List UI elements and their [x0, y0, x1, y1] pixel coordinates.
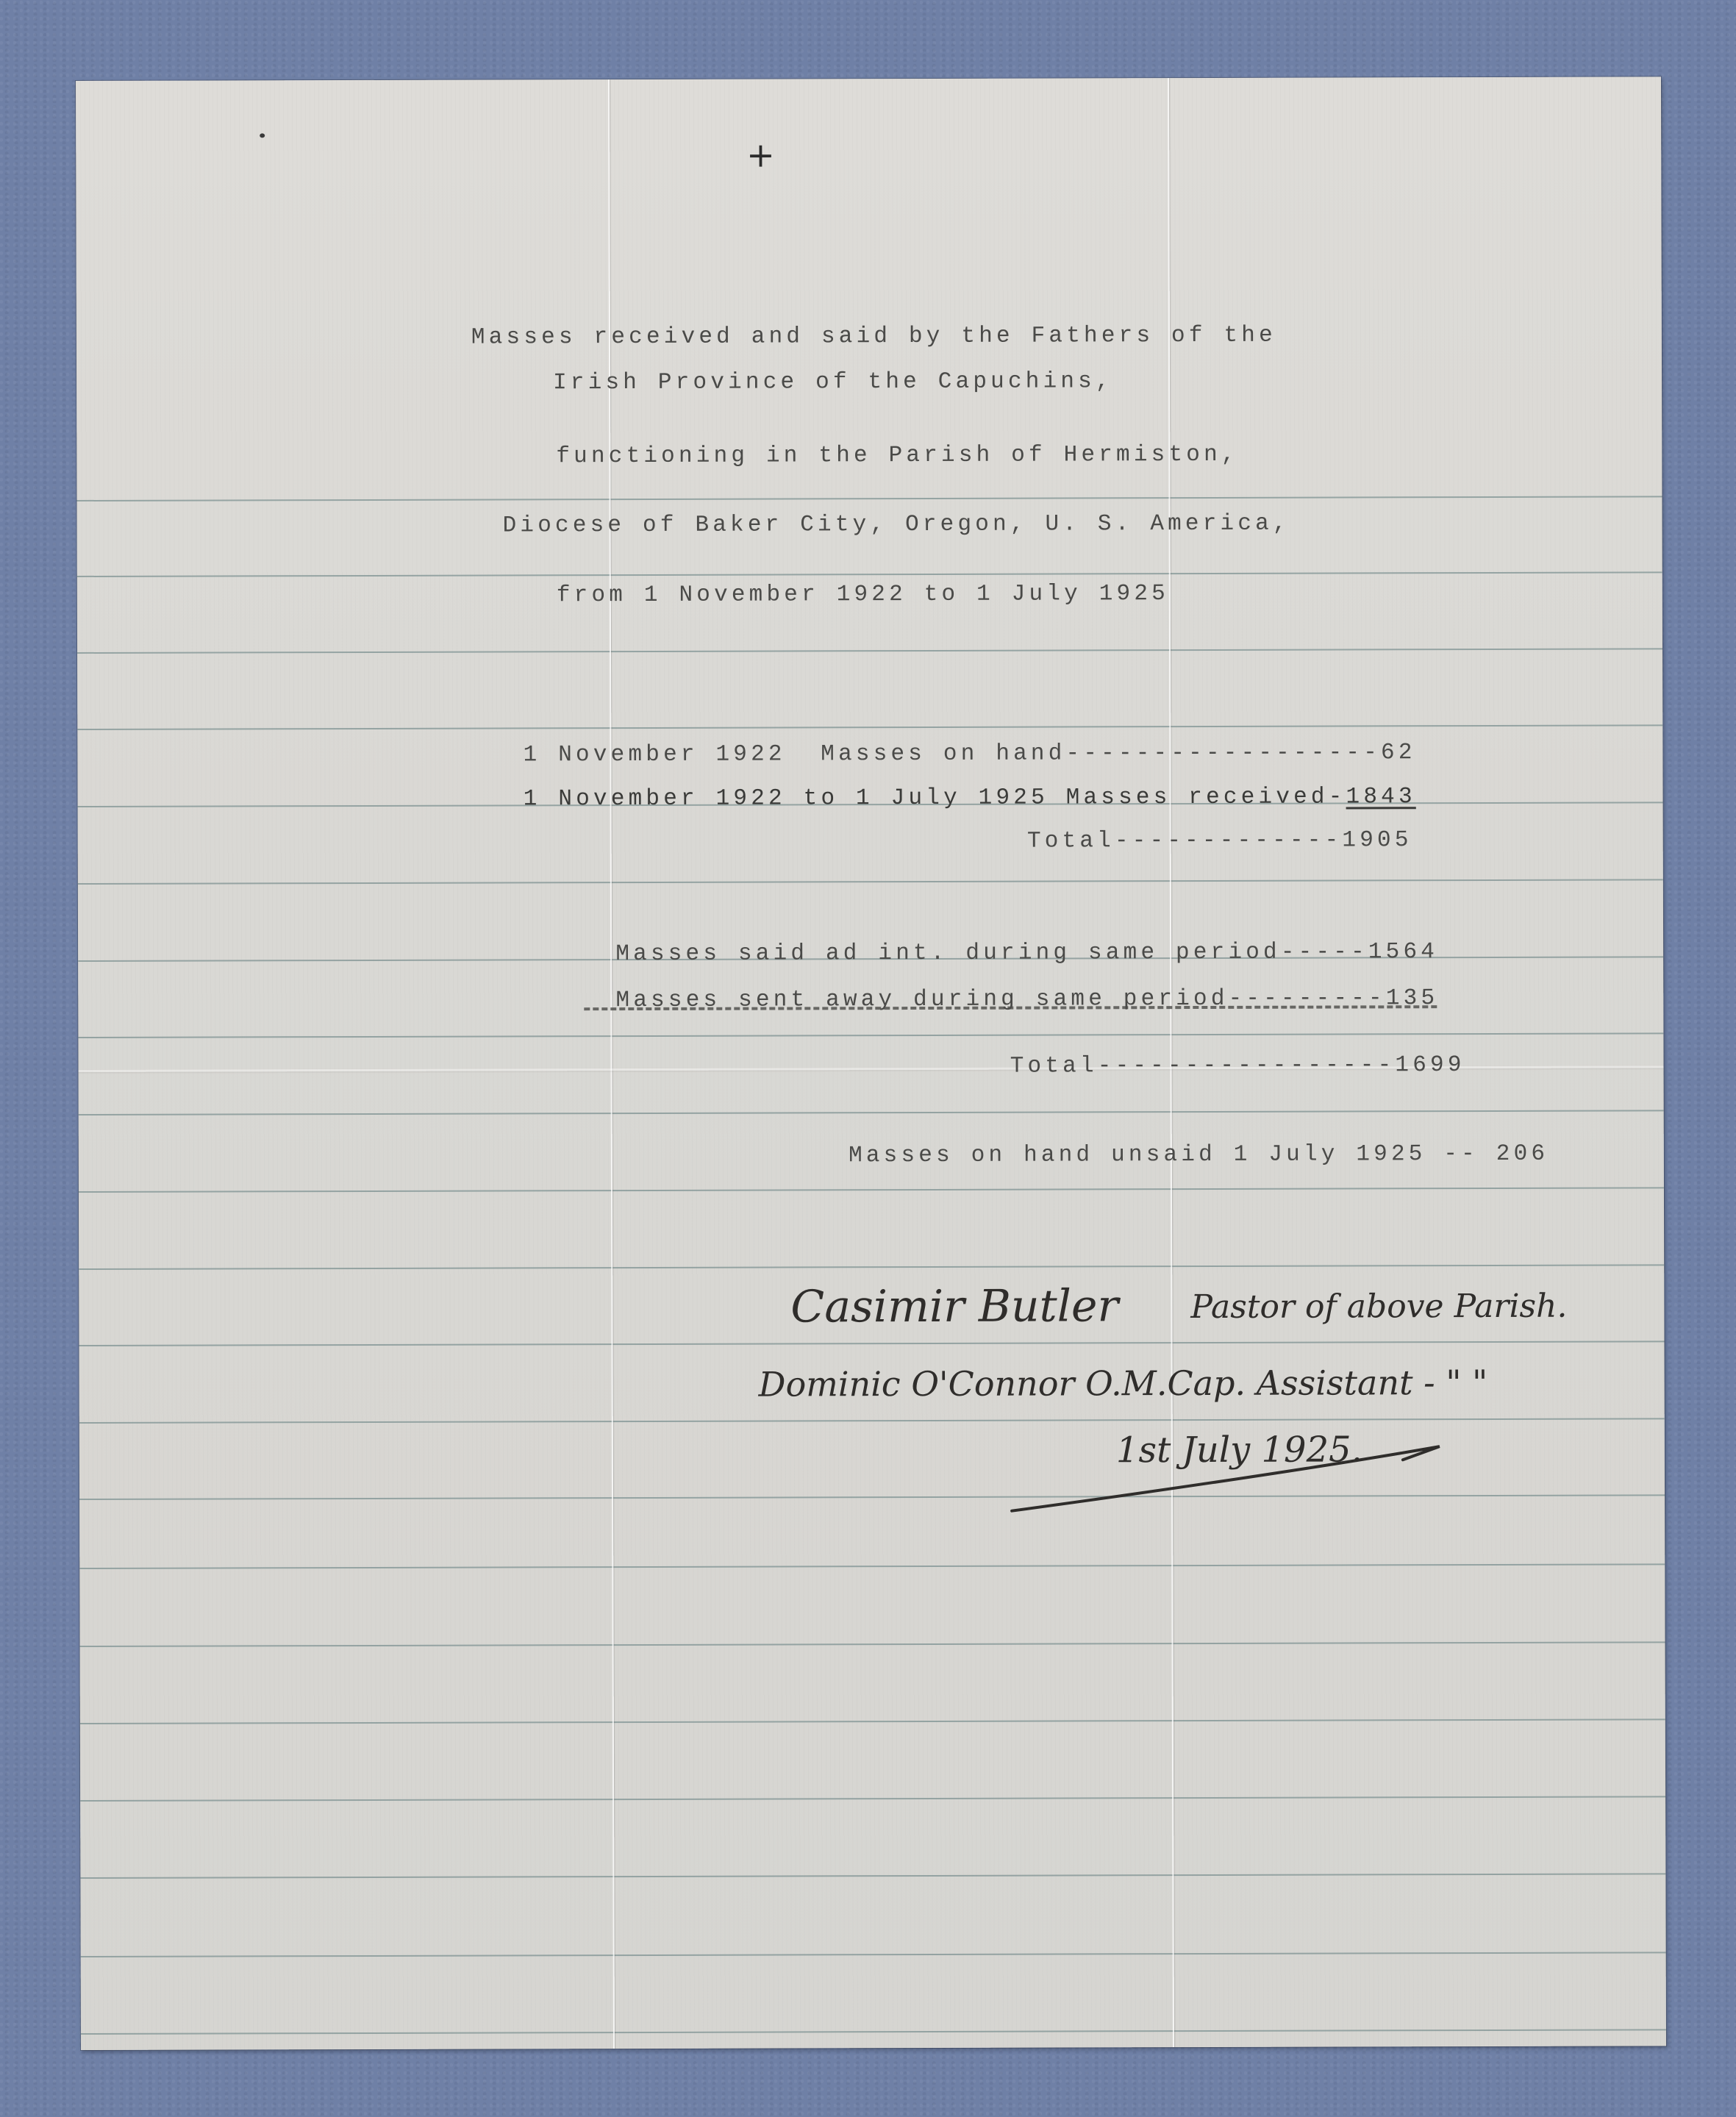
document-page: + Masses received and said by the Father… — [76, 76, 1666, 2050]
date-underline-stroke — [76, 76, 1666, 2050]
